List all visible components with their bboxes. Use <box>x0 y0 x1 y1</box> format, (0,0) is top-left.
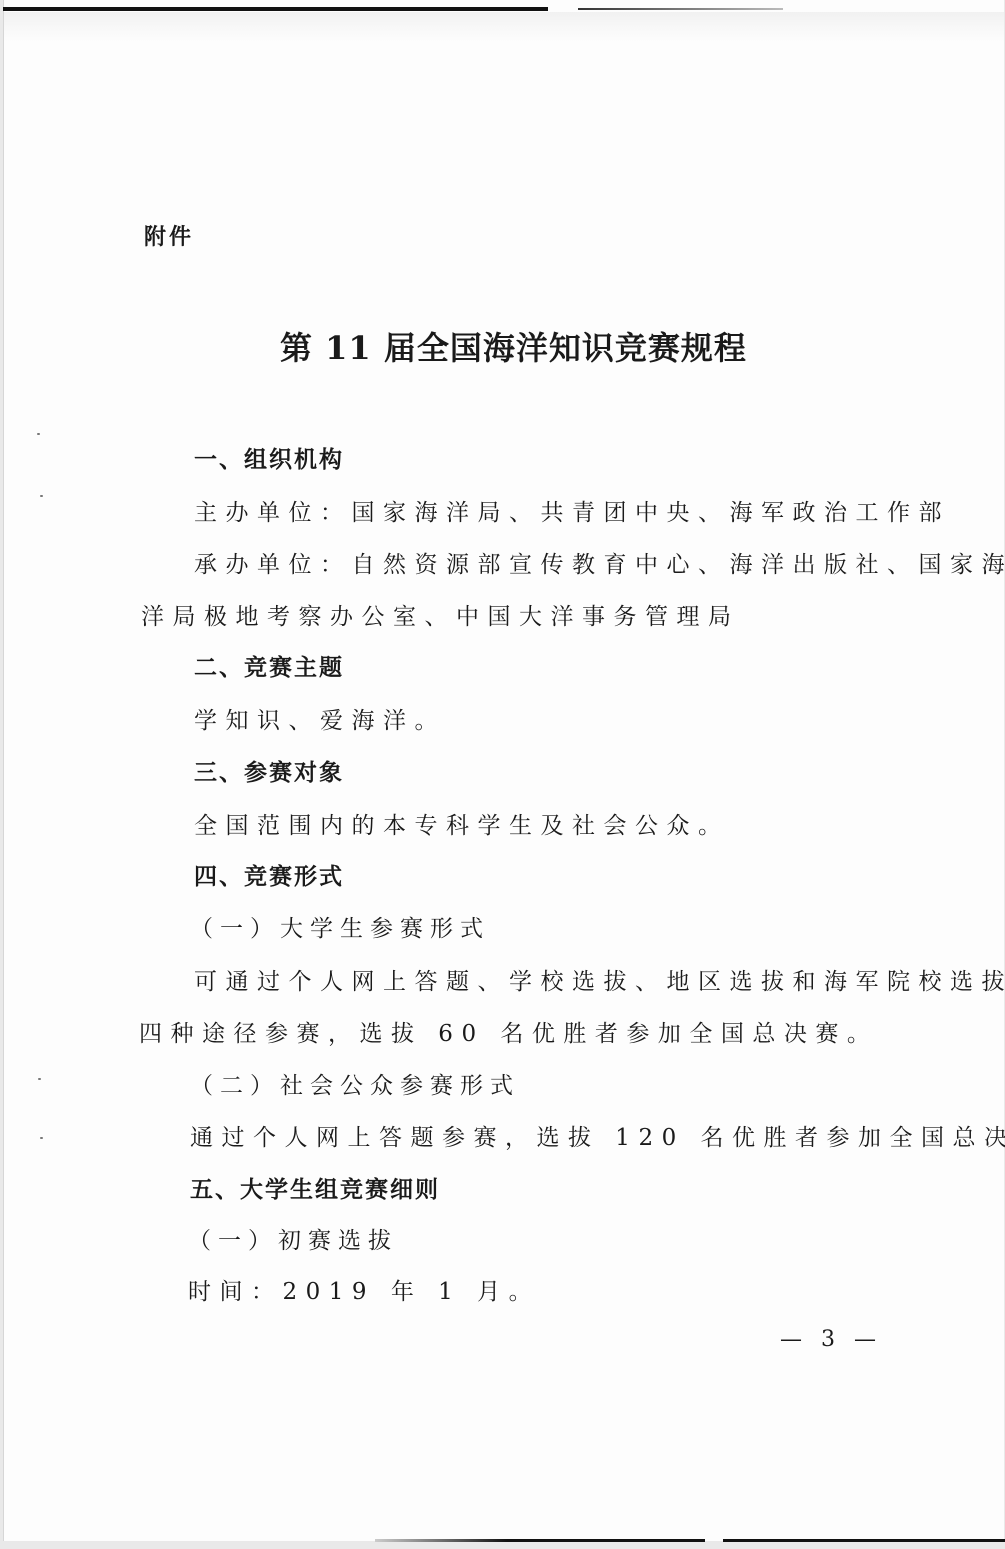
paragraph: 可通过个人网上答题、学校选拔、地区选拔和海军院校选拔 <box>194 971 1005 994</box>
scan-edge-line <box>578 8 783 10</box>
subsection-heading: （二）社会公众参赛形式 <box>190 1075 520 1098</box>
paragraph: 洋局极地考察办公室、中国大洋事务管理局 <box>141 606 740 629</box>
scan-shadow <box>4 12 1004 42</box>
scan-speck <box>38 1078 41 1080</box>
scan-speck <box>40 1137 43 1139</box>
scan-edge-line <box>3 7 548 11</box>
paragraph: 四种途径参赛，选拔 60 名优胜者参加全国总决赛。 <box>139 1023 878 1046</box>
section-heading: 四、竞赛形式 <box>194 866 344 889</box>
scan-speck <box>37 433 40 435</box>
document-page: 附件 第 11 届全国海洋知识竞赛规程 一、组织机构 主办单位：国家海洋局、共青… <box>3 0 1004 1541</box>
scan-edge-line <box>723 1539 1005 1542</box>
attachment-label: 附件 <box>144 227 194 249</box>
page-title: 第 11 届全国海洋知识竞赛规程 <box>280 332 747 364</box>
section-heading: 一、组织机构 <box>194 449 344 472</box>
scan-speck <box>40 495 43 497</box>
paragraph: 主办单位：国家海洋局、共青团中央、海军政治工作部 <box>194 502 950 525</box>
paragraph: 全国范围内的本专科学生及社会公众。 <box>194 815 730 838</box>
subsection-heading: （一）大学生参赛形式 <box>190 918 490 941</box>
section-heading: 三、参赛对象 <box>194 762 344 785</box>
section-heading: 二、竞赛主题 <box>194 657 344 680</box>
paragraph: 学知识、爱海洋。 <box>194 710 446 733</box>
paragraph: 承办单位：自然资源部宣传教育中心、海洋出版社、国家海 <box>194 554 1005 577</box>
page-number: — 3 — <box>780 1329 882 1351</box>
subsection-heading: （一）初赛选拔 <box>188 1230 398 1253</box>
section-heading: 五、大学生组竞赛细则 <box>190 1179 440 1202</box>
scan-edge-line <box>375 1539 705 1542</box>
paragraph: 通过个人网上答题参赛，选拔 120 名优胜者参加全国总决赛。 <box>190 1127 1005 1150</box>
paragraph: 时间：2019 年 1 月。 <box>188 1281 540 1304</box>
